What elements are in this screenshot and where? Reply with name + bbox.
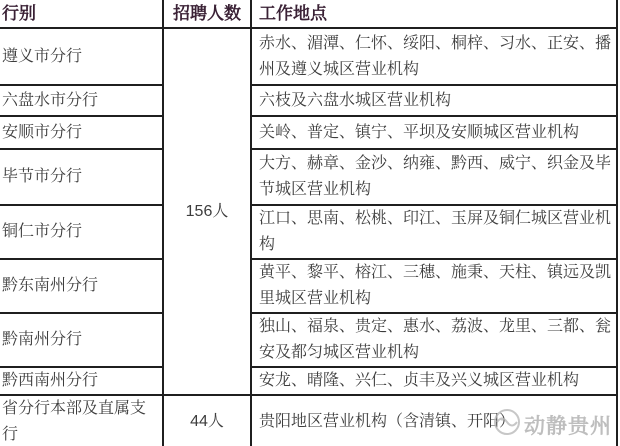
table-row: 黔西南州分行 安龙、晴隆、兴仁、贞丰及兴义城区营业机构	[0, 367, 617, 395]
branch-name: 安顺市分行	[0, 116, 163, 149]
recruit-count-merged: 156人	[163, 28, 251, 395]
recruitment-table-page: 行别 招聘人数 工作地点 遵义市分行 156人 赤水、湄潭、仁怀、绥阳、桐梓、习…	[0, 0, 620, 446]
table-row: 黔南州分行 独山、福泉、贵定、惠水、荔波、龙里、三都、瓮安及都匀城区营业机构	[0, 313, 617, 367]
table-row: 铜仁市分行 江口、思南、松桃、印江、玉屏及铜仁城区营业机构	[0, 205, 617, 259]
branch-name: 黔西南州分行	[0, 367, 163, 395]
work-locations: 黄平、黎平、榕江、三穗、施秉、天柱、镇远及凯里城区营业机构	[251, 259, 617, 313]
header-recruit-count: 招聘人数	[163, 0, 251, 28]
branch-name: 省分行本部及直属支行	[0, 395, 163, 446]
work-locations: 大方、赫章、金沙、纳雍、黔西、威宁、织金及毕节城区营业机构	[251, 149, 617, 205]
work-locations: 关岭、普定、镇宁、平坝及安顺城区营业机构	[251, 116, 617, 149]
branch-name: 黔东南州分行	[0, 259, 163, 313]
branch-name: 遵义市分行	[0, 28, 163, 85]
table-row: 遵义市分行 156人 赤水、湄潭、仁怀、绥阳、桐梓、习水、正安、播州及遵义城区营…	[0, 28, 617, 85]
header-work-location: 工作地点	[251, 0, 617, 28]
work-locations: 江口、思南、松桃、印江、玉屏及铜仁城区营业机构	[251, 205, 617, 259]
work-locations: 六枝及六盘水城区营业机构	[251, 85, 617, 116]
table-row: 安顺市分行 关岭、普定、镇宁、平坝及安顺城区营业机构	[0, 116, 617, 149]
work-locations: 安龙、晴隆、兴仁、贞丰及兴义城区营业机构	[251, 367, 617, 395]
work-locations: 赤水、湄潭、仁怀、绥阳、桐梓、习水、正安、播州及遵义城区营业机构	[251, 28, 617, 85]
table-row: 省分行本部及直属支行 44人 贵阳地区营业机构（含清镇、开阳）	[0, 395, 617, 446]
table-row: 六盘水市分行 六枝及六盘水城区营业机构	[0, 85, 617, 116]
recruitment-table: 行别 招聘人数 工作地点 遵义市分行 156人 赤水、湄潭、仁怀、绥阳、桐梓、习…	[0, 0, 618, 446]
branch-name: 六盘水市分行	[0, 85, 163, 116]
branch-name: 铜仁市分行	[0, 205, 163, 259]
branch-name: 毕节市分行	[0, 149, 163, 205]
table-row: 毕节市分行 大方、赫章、金沙、纳雍、黔西、威宁、织金及毕节城区营业机构	[0, 149, 617, 205]
work-locations: 独山、福泉、贵定、惠水、荔波、龙里、三都、瓮安及都匀城区营业机构	[251, 313, 617, 367]
table-header-row: 行别 招聘人数 工作地点	[0, 0, 617, 28]
work-locations: 贵阳地区营业机构（含清镇、开阳）	[251, 395, 617, 446]
branch-name: 黔南州分行	[0, 313, 163, 367]
table-row: 黔东南州分行 黄平、黎平、榕江、三穗、施秉、天柱、镇远及凯里城区营业机构	[0, 259, 617, 313]
recruit-count: 44人	[163, 395, 251, 446]
header-branch: 行别	[0, 0, 163, 28]
